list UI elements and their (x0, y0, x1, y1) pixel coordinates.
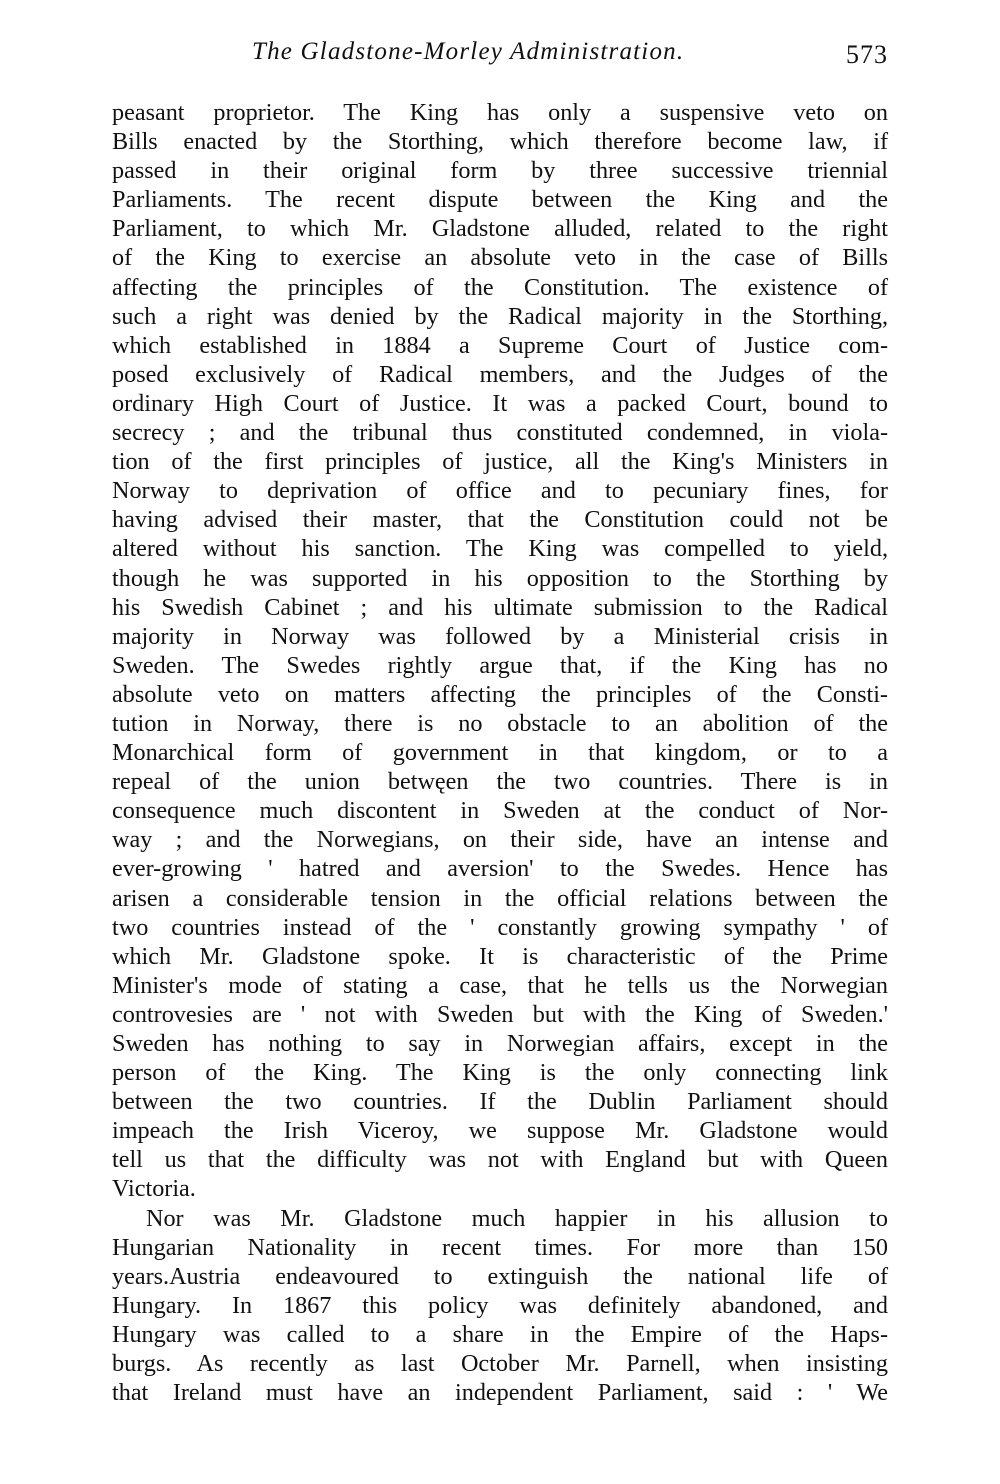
text-line: Norway to deprivation of office and to p… (112, 476, 888, 505)
text-line: consequence much discontent in Sweden at… (112, 796, 888, 825)
text-line: burgs. As recently as last October Mr. P… (112, 1349, 888, 1378)
text-line: his Swedish Cabinet ; and his ultimate s… (112, 593, 888, 622)
text-line: Hungary. In 1867 this policy was definit… (112, 1291, 888, 1320)
text-line: between the two countries. If the Dublin… (112, 1087, 888, 1116)
text-line: majority in Norway was followed by a Min… (112, 622, 888, 651)
text-line: impeach the Irish Viceroy, we suppose Mr… (112, 1116, 888, 1145)
text-line: ever-growing ' hatred and aversion' to t… (112, 854, 888, 883)
text-line: Monarchical form of government in that k… (112, 738, 888, 767)
text-line: peasant proprietor. The King has only a … (112, 98, 888, 127)
text-line: arisen a considerable tension in the off… (112, 884, 888, 913)
text-line: Hungarian Nationality in recent times. F… (112, 1233, 888, 1262)
text-line: Bills enacted by the Storthing, which th… (112, 127, 888, 156)
text-line: passed in their original form by three s… (112, 156, 888, 185)
text-line: such a right was denied by the Radical m… (112, 302, 888, 331)
text-line: Sweden. The Swedes rightly argue that, i… (112, 651, 888, 680)
text-line: though he was supported in his oppositio… (112, 564, 888, 593)
text-line: Sweden has nothing to say in Norwegian a… (112, 1029, 888, 1058)
text-line: way ; and the Norwegians, on their side,… (112, 825, 888, 854)
text-line: Parliaments. The recent dispute between … (112, 185, 888, 214)
text-line: Victoria. (112, 1174, 888, 1203)
text-line: tution in Norway, there is no obstacle t… (112, 709, 888, 738)
text-line: Nor was Mr. Gladstone much happier in hi… (112, 1204, 888, 1233)
text-line: Minister's mode of stating a case, that … (112, 971, 888, 1000)
text-line: of the King to exercise an absolute veto… (112, 243, 888, 272)
running-title: The Gladstone-Morley Administration. (252, 38, 684, 66)
text-line: repeal of the union betwęen the two coun… (112, 767, 888, 796)
text-line: Hungary was called to a share in the Emp… (112, 1320, 888, 1349)
paragraph-2: Nor was Mr. Gladstone much happier in hi… (112, 1204, 888, 1408)
text-line: which established in 1884 a Supreme Cour… (112, 331, 888, 360)
text-line: that Ireland must have an independent Pa… (112, 1378, 888, 1407)
text-line: tion of the first principles of justice,… (112, 447, 888, 476)
page-number: 573 (846, 40, 888, 70)
running-head: The Gladstone-Morley Administration. 573 (112, 38, 888, 78)
text-line: person of the King. The King is the only… (112, 1058, 888, 1087)
body-text: peasant proprietor. The King has only a … (112, 98, 888, 1407)
text-line: tell us that the difficulty was not with… (112, 1145, 888, 1174)
text-line: altered without his sanction. The King w… (112, 534, 888, 563)
paragraph-1: peasant proprietor. The King has only a … (112, 98, 888, 1204)
text-line: absolute veto on matters affecting the p… (112, 680, 888, 709)
text-line: ordinary High Court of Justice. It was a… (112, 389, 888, 418)
text-line: two countries instead of the ' constantl… (112, 913, 888, 942)
text-line: Parliament, to which Mr. Gladstone allud… (112, 214, 888, 243)
text-line: which Mr. Gladstone spoke. It is charact… (112, 942, 888, 971)
text-line: secrecy ; and the tribunal thus constitu… (112, 418, 888, 447)
text-line: years.Austria endeavoured to extinguish … (112, 1262, 888, 1291)
text-line: having advised their master, that the Co… (112, 505, 888, 534)
text-line: posed exclusively of Radical members, an… (112, 360, 888, 389)
text-line: controvesies are ' not with Sweden but w… (112, 1000, 888, 1029)
text-line: affecting the principles of the Constitu… (112, 273, 888, 302)
